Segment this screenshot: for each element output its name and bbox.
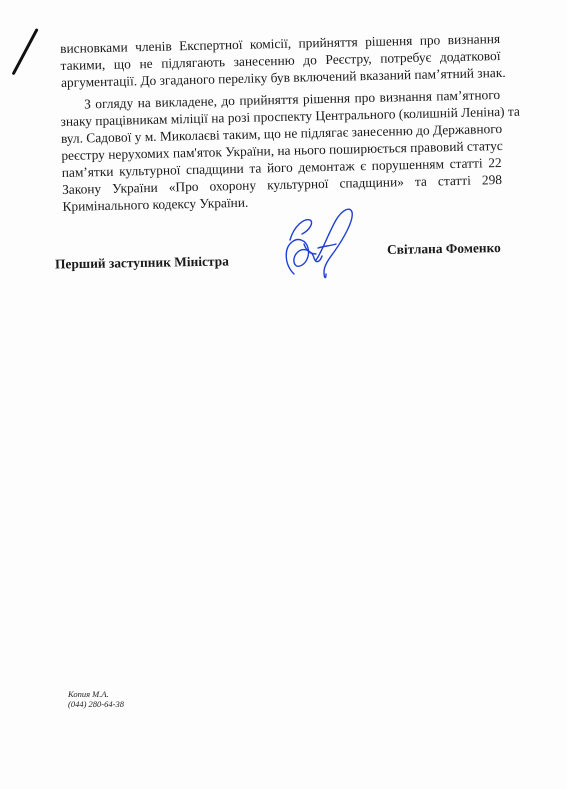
scan-edge-mark bbox=[12, 28, 39, 75]
paragraph-conclusions: висновками членів Експертної комісії, пр… bbox=[60, 30, 501, 91]
executor-phone: (044) 280-64-38 bbox=[68, 699, 124, 709]
document-page: висновками членів Експертної комісії, пр… bbox=[0, 0, 567, 789]
handwritten-signature-icon bbox=[280, 204, 360, 282]
signature-block: Перший заступник Міністра Світлана Фомен… bbox=[0, 210, 567, 280]
executor-name: Копия М.А. bbox=[68, 689, 124, 699]
paragraph-decision: З огляду на викладене, до прийняття ріше… bbox=[60, 86, 503, 215]
signer-name: Світлана Фоменко bbox=[387, 240, 501, 258]
executor-footer: Копия М.А. (044) 280-64-38 bbox=[68, 689, 124, 709]
signer-position: Перший заступник Міністра bbox=[55, 253, 229, 272]
